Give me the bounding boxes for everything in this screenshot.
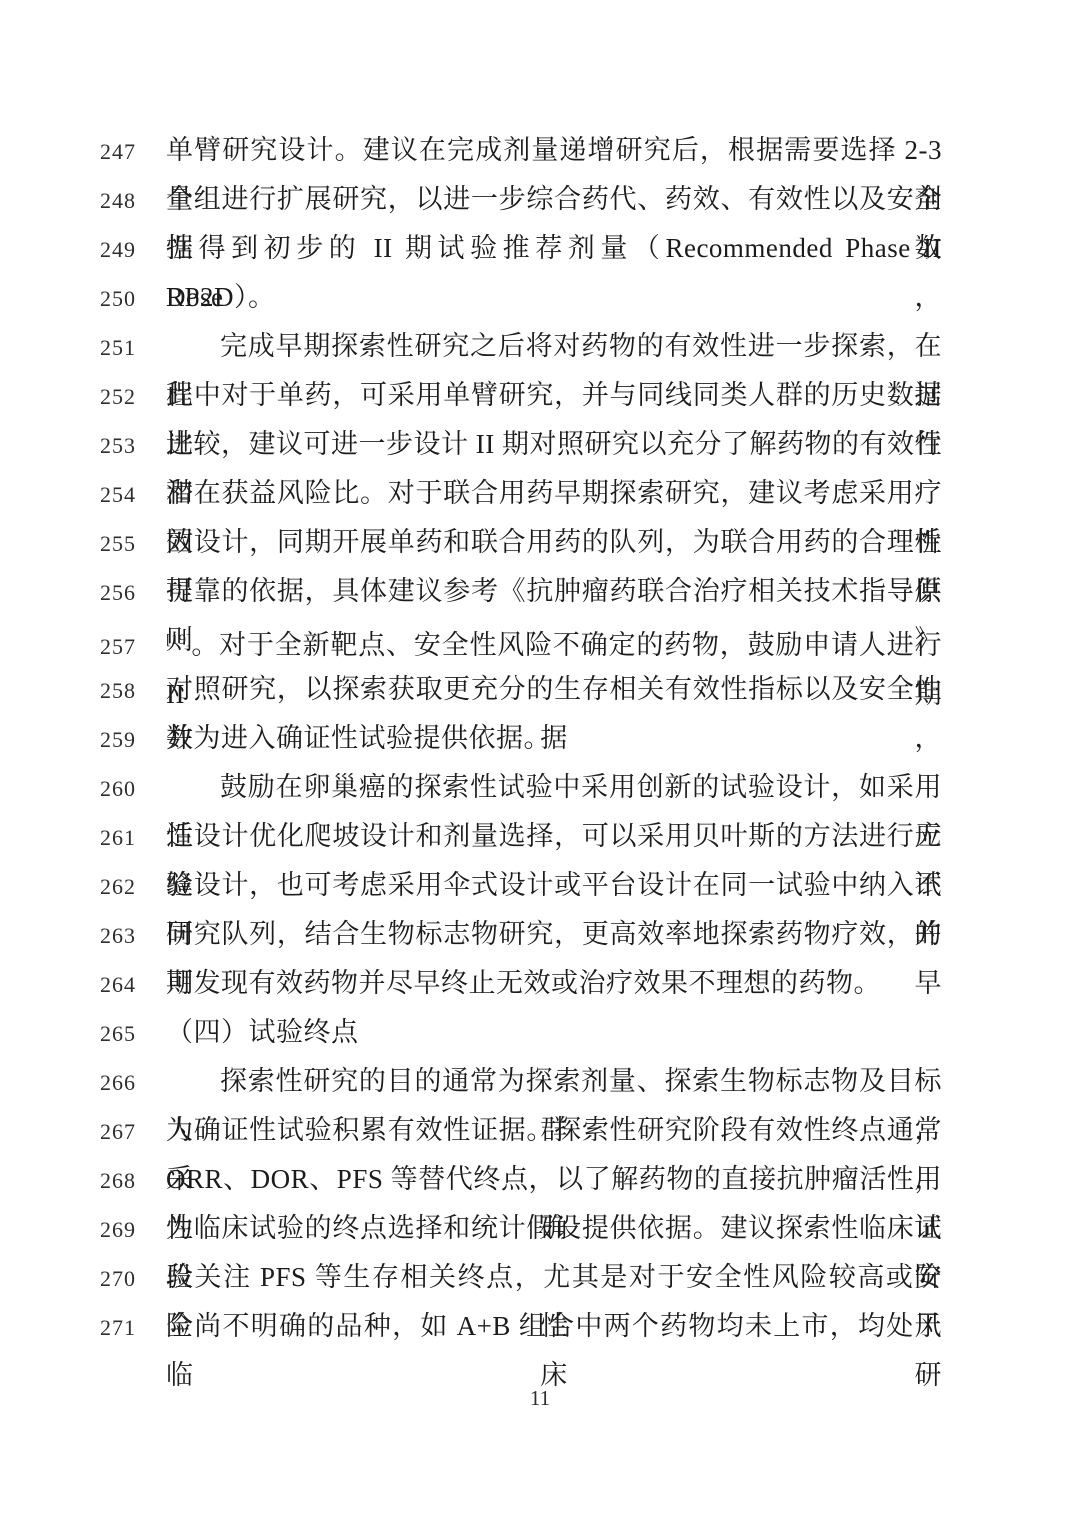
line-number: 256	[100, 580, 140, 606]
line-number: 266	[100, 1070, 140, 1096]
text-line: 259 并为进入确证性试验提供依据。	[100, 714, 942, 763]
line-number: 254	[100, 482, 140, 508]
text-line: 269 性临床试验的终点选择和统计假设提供依据。建议探索性临床试验阶	[100, 1204, 942, 1253]
line-number: 261	[100, 825, 140, 851]
text-line: 256 可靠的依据，具体建议参考《抗肿瘤药联合治疗相关技术指导原则》	[100, 567, 942, 616]
text-line: 255 因设计，同期开展单药和联合用药的队列，为联合用药的合理性提供	[100, 518, 942, 567]
text-line: 257 [19]。对于全新靶点、安全性风险不确定的药物，鼓励申请人进行 II 期	[100, 616, 942, 665]
line-number: 257	[100, 634, 140, 660]
text-line: 254 潜在获益风险比。对于联合用药早期探索研究，建议考虑采用疗效析	[100, 469, 942, 518]
text-line: 262 验设计，也可考虑采用伞式设计或平台设计在同一试验中纳入不同的	[100, 861, 942, 910]
line-number: 258	[100, 678, 140, 704]
line-number: 252	[100, 384, 140, 410]
line-number: 247	[100, 139, 140, 165]
line-text: 并为进入确证性试验提供依据。	[166, 714, 942, 763]
line-number: 269	[100, 1217, 140, 1243]
line-number: 253	[100, 433, 140, 459]
text-line: 263 研究队列，结合生物标志物研究，更高效率地探索药物疗效，并可早	[100, 910, 942, 959]
line-number: 250	[100, 286, 140, 312]
line-number: 268	[100, 1168, 140, 1194]
text-line: 270 段关注 PFS 等生存相关终点，尤其是对于安全性风险较高或安全性风	[100, 1253, 942, 1302]
text-line: 258 对照研究，以探索获取更充分的生存相关有效性指标以及安全性数据，	[100, 665, 942, 714]
line-number: 263	[100, 923, 140, 949]
text-line: 261 性设计优化爬坡设计和剂量选择，可以采用贝叶斯的方法进行无缝试	[100, 812, 942, 861]
line-number: 251	[100, 335, 140, 361]
line-number: 248	[100, 188, 140, 214]
line-number: 264	[100, 972, 140, 998]
text-line: 271 险尚不明确的品种，如 A+B 组合中两个药物均未上市，均处于临床研	[100, 1302, 942, 1351]
line-number: 271	[100, 1315, 140, 1341]
text-line: 264 期发现有效药物并尽早终止无效或治疗效果不理想的药物。	[100, 959, 942, 1008]
text-line: 253 比较，建议可进一步设计 II 期对照研究以充分了解药物的有效性和	[100, 420, 942, 469]
line-number: 249	[100, 237, 140, 263]
line-text: RP2D）。	[166, 273, 942, 322]
line-text: （四）试验终点	[166, 1008, 942, 1057]
document-page: 247 单臂研究设计。建议在完成剂量递增研究后，根据需要选择 2-3 个剂 24…	[0, 0, 1080, 1527]
line-number: 259	[100, 727, 140, 753]
line-number: 267	[100, 1119, 140, 1145]
text-line: 265 （四）试验终点	[100, 1008, 942, 1057]
document-body: 247 单臂研究设计。建议在完成剂量递增研究后，根据需要选择 2-3 个剂 24…	[100, 126, 942, 1351]
text-line: 251 完成早期探索性研究之后将对药物的有效性进一步探索，在此过	[100, 322, 942, 371]
text-line: 260 鼓励在卵巢癌的探索性试验中采用创新的试验设计，如采用适应	[100, 763, 942, 812]
line-number: 270	[100, 1266, 140, 1292]
line-text: 期发现有效药物并尽早终止无效或治疗效果不理想的药物。	[166, 959, 942, 1008]
text-line: 247 单臂研究设计。建议在完成剂量递增研究后，根据需要选择 2-3 个剂	[100, 126, 942, 175]
page-number: 11	[0, 1386, 1080, 1411]
text-line: 249 据得到初步的 II 期试验推荐剂量（Recommended Phase …	[100, 224, 942, 273]
text-line: 250 RP2D）。	[100, 273, 942, 322]
line-number: 262	[100, 874, 140, 900]
text-line: 252 程中对于单药，可采用单臂研究，并与同线同类人群的历史数据进行	[100, 371, 942, 420]
text-line: 266 探索性研究的目的通常为探索剂量、探索生物标志物及目标人群，	[100, 1057, 942, 1106]
text-line: 248 量组进行扩展研究，以进一步综合药代、药效、有效性以及安全性数	[100, 175, 942, 224]
line-number: 265	[100, 1021, 140, 1047]
text-line: 267 为确证性试验积累有效性证据。探索性研究阶段有效性终点通常采用	[100, 1106, 942, 1155]
line-number: 260	[100, 776, 140, 802]
text-line: 268 ORR、DOR、PFS 等替代终点，以了解药物的直接抗肿瘤活性，为确证	[100, 1155, 942, 1204]
reference-superscript: [19]	[166, 632, 191, 648]
line-number: 255	[100, 531, 140, 557]
